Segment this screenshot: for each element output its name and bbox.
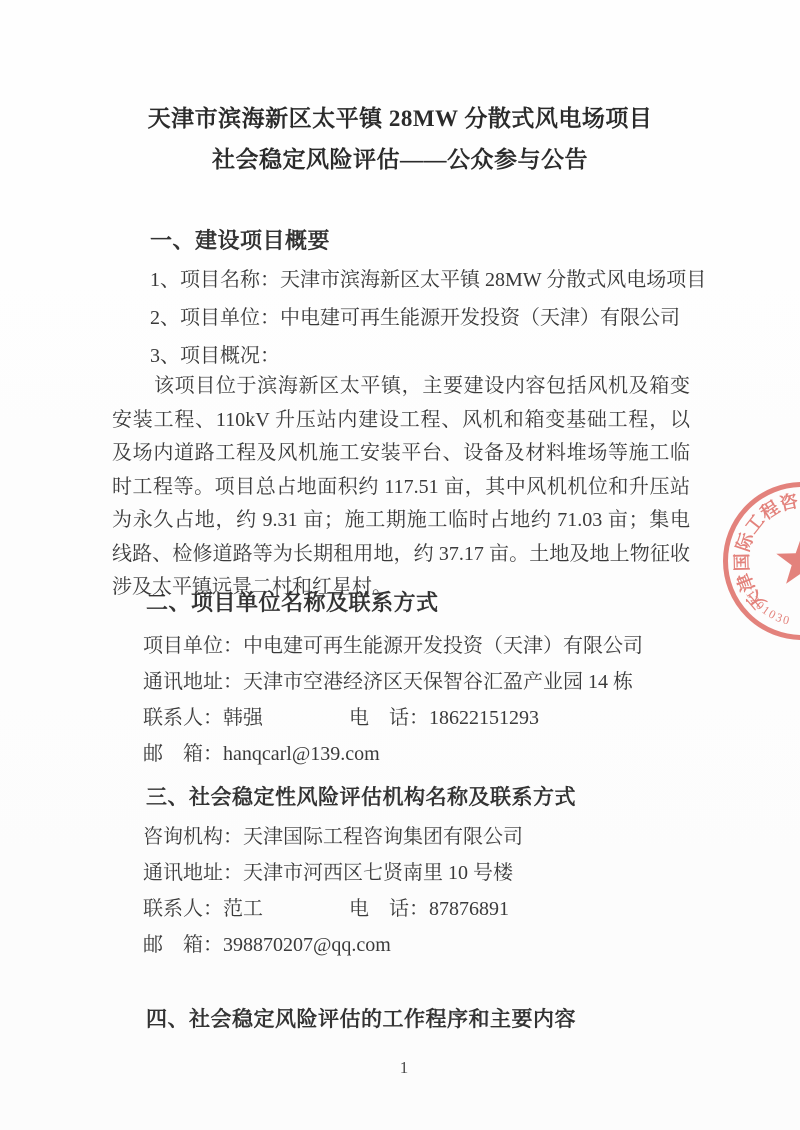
agency-address-label: 通讯地址： <box>143 862 243 884</box>
address-label: 通讯地址： <box>143 671 243 693</box>
project-unit-row: 项目单位：中电建可再生能源开发投资（天津）有限公司 <box>143 629 643 665</box>
page-number: 1 <box>0 1058 800 1078</box>
project-unit-label: 项目单位： <box>143 635 243 657</box>
agency-email-row: 邮 箱：398870207@qq.com <box>143 928 523 964</box>
company-seal-stamp-icon: 天津国际工程咨询集团有限公司 1201030 <box>680 440 800 700</box>
section-1-heading: 一、建设项目概要 <box>150 224 330 255</box>
project-summary-list: 1、项目名称：天津市滨海新区太平镇 28MW 分散式风电场项目 2、项目单位：中… <box>150 261 706 375</box>
email-value: hanqcarl@139.com <box>223 743 380 765</box>
section-3-heading: 三、社会稳定性风险评估机构名称及联系方式 <box>146 781 576 811</box>
section-4-heading: 四、社会稳定风险评估的工作程序和主要内容 <box>146 1003 576 1033</box>
project-unit-value: 中电建可再生能源开发投资（天津）有限公司 <box>243 635 643 657</box>
seal-number-text: 1201030 <box>743 587 793 628</box>
project-overview-paragraph: 该项目位于滨海新区太平镇，主要建设内容包括风机及箱变安装工程、110kV 升压站… <box>112 370 690 605</box>
phone-label: 电 话： <box>349 707 429 729</box>
agency-phone-label: 电 话： <box>349 898 429 920</box>
agency-label: 咨询机构： <box>143 826 243 848</box>
agency-email-label: 邮 箱： <box>143 934 223 956</box>
agency-email-value: 398870207@qq.com <box>223 934 391 956</box>
svg-text:1201030: 1201030 <box>743 587 793 628</box>
agency-person-value: 范工 <box>223 898 263 920</box>
document-title-line-1: 天津市滨海新区太平镇 28MW 分散式风电场项目 <box>0 100 800 133</box>
svg-text:天津国际工程咨询集团有限公司: 天津国际工程咨询集团有限公司 <box>732 489 800 613</box>
document-page: 天津市滨海新区太平镇 28MW 分散式风电场项目 社会稳定风险评估——公众参与公… <box>0 0 800 1130</box>
agency-person-label: 联系人： <box>143 898 223 920</box>
seal-star-icon <box>776 535 800 584</box>
assessment-agency-contact-block: 咨询机构：天津国际工程咨询集团有限公司 通讯地址：天津市河西区七贤南里 10 号… <box>143 820 523 964</box>
seal-ring <box>726 485 800 638</box>
agency-person-row: 联系人：范工 电 话：87876891 <box>143 892 523 928</box>
project-unit-address-row: 通讯地址：天津市空港经济区天保智谷汇盈产业园 14 栋 <box>143 665 643 701</box>
seal-ring-text: 天津国际工程咨询集团有限公司 <box>732 489 800 613</box>
document-title-line-2: 社会稳定风险评估——公众参与公告 <box>0 141 800 174</box>
project-unit-email-row: 邮 箱：hanqcarl@139.com <box>143 737 643 773</box>
email-label: 邮 箱： <box>143 743 223 765</box>
agency-row: 咨询机构：天津国际工程咨询集团有限公司 <box>143 820 523 856</box>
agency-address-row: 通讯地址：天津市河西区七贤南里 10 号楼 <box>143 856 523 892</box>
project-unit-contact-block: 项目单位：中电建可再生能源开发投资（天津）有限公司 通讯地址：天津市空港经济区天… <box>143 629 643 773</box>
project-name-item: 1、项目名称：天津市滨海新区太平镇 28MW 分散式风电场项目 <box>150 261 706 299</box>
agency-address-value: 天津市河西区七贤南里 10 号楼 <box>243 862 513 884</box>
agency-phone-value: 87876891 <box>429 898 509 920</box>
project-unit-person-row: 联系人：韩强 电 话：18622151293 <box>143 701 643 737</box>
agency-value: 天津国际工程咨询集团有限公司 <box>243 826 523 848</box>
project-unit-item: 2、项目单位：中电建可再生能源开发投资（天津）有限公司 <box>150 299 706 337</box>
address-value: 天津市空港经济区天保智谷汇盈产业园 14 栋 <box>243 671 633 693</box>
section-2-heading: 二、项目单位名称及联系方式 <box>146 586 439 617</box>
phone-value: 18622151293 <box>429 707 539 729</box>
contact-person-label: 联系人： <box>143 707 223 729</box>
contact-person-value: 韩强 <box>223 707 263 729</box>
